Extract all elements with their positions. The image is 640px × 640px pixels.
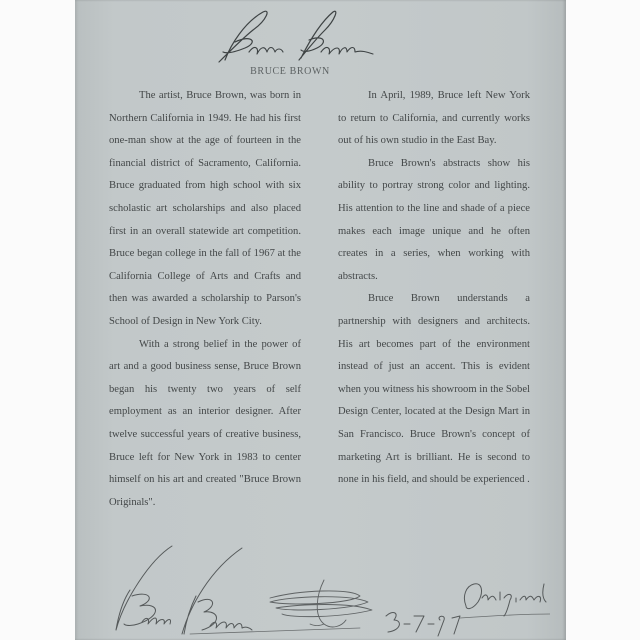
- footer-signature: [110, 540, 550, 640]
- bio-paragraph: The artist, Bruce Brown, was born in Nor…: [109, 85, 301, 334]
- printed-name: BRUCE BROWN: [240, 66, 340, 77]
- header-signature: [205, 8, 375, 68]
- left-column: The artist, Bruce Brown, was born in Nor…: [109, 85, 301, 514]
- bio-paragraph: Bruce Brown's abstracts show his ability…: [338, 153, 530, 289]
- bio-paragraph: In April, 1989, Bruce left New York to r…: [338, 85, 530, 153]
- right-column: In April, 1989, Bruce left New York to r…: [338, 85, 530, 492]
- bio-paragraph: Bruce Brown understands a partnership wi…: [338, 288, 530, 491]
- bio-paragraph: With a strong belief in the power of art…: [109, 334, 301, 515]
